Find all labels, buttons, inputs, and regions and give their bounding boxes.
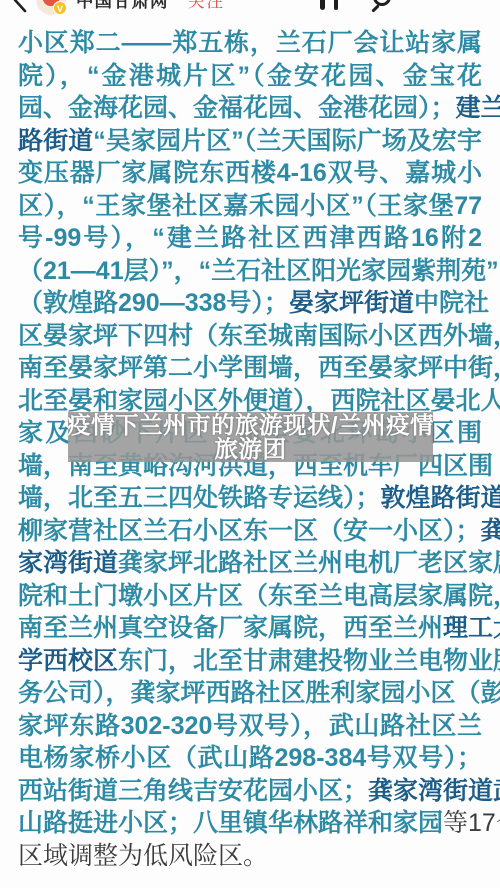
text-segment: 院和土门墩小区片区（东至兰电高层家属院， [18, 582, 500, 610]
text-segment: 区域调整为低风险区。 [18, 842, 268, 870]
follow-button[interactable]: 关注 [188, 0, 225, 18]
text-segment: 学西校区 [18, 647, 118, 675]
text-line: 小区郑二——郑五栋，兰石厂会让站家属 [18, 27, 482, 60]
verified-badge-icon: V [53, 1, 67, 15]
text-line: （敦煌路290—338号）；晏家坪街道中院社 [18, 287, 482, 320]
publisher-avatar[interactable]: V [36, 0, 66, 15]
text-line: 院），“金港城片区”（金安花园、金宝花 [18, 60, 482, 93]
app-header: V 中国甘肃网 关注 [0, 0, 500, 18]
text-line: （21—41层）”，“兰石社区阳光家园紫荆苑” [18, 255, 482, 288]
text-line: 区域调整为低风险区。 [18, 840, 482, 873]
text-line: 变压器厂家属院东西楼4-16双号、嘉城小 [18, 157, 482, 190]
text-segment: 家坪东路302-320号双号），武山路社区兰 [18, 712, 482, 740]
text-line: 家湾街道龚家坪北路社区兰州电机厂老区家属 [18, 547, 482, 580]
text-segment: 区晏家坪下四村（东至城南国际小区西外墙， [18, 322, 500, 350]
text-segment: 建兰 [456, 94, 500, 122]
text-segment: 北至晏和家园小区外便道），西院社区晏北人 [18, 387, 500, 415]
back-chevron-icon [12, 0, 28, 13]
text-line: 园、金海花园、金福花园、金港花园）；建兰 [18, 92, 482, 125]
text-segment: 龚家坪北路社区兰州电机厂老区家属 [118, 549, 500, 577]
text-segment: 龚 [481, 517, 500, 545]
text-segment: 变压器厂家属院东西楼4-16双号、嘉城小 [18, 159, 482, 187]
text-line: 西站街道三角线吉安花园小区；龚家湾街道武 [18, 775, 482, 808]
text-segment: 山路挺进小区；八里镇华林路祥和家园 [18, 809, 443, 837]
text-segment: “吴家园片区”（兰天国际广场及宏宇 [93, 127, 482, 155]
overlay-title-line1: 疫情下兰州市的旅游现状/兰州疫情 [67, 413, 434, 437]
listen-icon-bar [320, 0, 325, 10]
text-line: 南至晏家坪第二小学围墙，西至晏家坪中街， [18, 352, 482, 385]
text-segment: 龚家湾街道武 [368, 777, 500, 805]
text-segment: 西站街道三角线吉安花园小区； [18, 777, 368, 805]
text-line: 电杨家桥小区（武山路298-384号双号）； [18, 742, 482, 775]
text-segment: （21—41层）”，“兰石社区阳光家园紫荆苑” [18, 257, 499, 285]
text-line: 学西校区东门，北至甘肃建投物业兰电物业服 [18, 645, 482, 678]
text-line: 柳家营社区兰石小区东一区（安一小区）；龚 [18, 515, 482, 548]
text-line: 家坪东路302-320号双号），武山路社区兰 [18, 710, 482, 743]
text-line: 山路挺进小区；八里镇华林路祥和家园等17个 [18, 807, 482, 840]
text-segment: 晏家坪街道 [289, 289, 414, 317]
text-segment: 号-99号），“建兰路社区西津西路16附2 [18, 224, 482, 252]
text-line: 号-99号），“建兰路社区西津西路16附2 [18, 222, 482, 255]
text-segment: 园、金海花园、金福花园、金港花园）； [18, 94, 456, 122]
text-line: 院和土门墩小区片区（东至兰电高层家属院， [18, 580, 482, 613]
back-button[interactable] [6, 0, 34, 18]
text-segment: 家湾街道 [18, 549, 118, 577]
text-segment: 区），“王家堡社区嘉禾园小区”（王家堡77 [18, 192, 482, 220]
article-page: V 中国甘肃网 关注 小区郑二——郑五栋，兰石厂会让站家属院），“金港城片区”（… [0, 0, 500, 888]
text-segment: 南至晏家坪第二小学围墙，西至晏家坪中街， [18, 354, 500, 382]
text-segment: 等17个 [443, 809, 500, 837]
text-segment: 路街道 [18, 127, 93, 155]
text-segment: 墙，北至五三四处铁路专运线）； [18, 484, 381, 512]
text-line: 墙，北至五三四处铁路专运线）；敦煌路街道 [18, 482, 482, 515]
app-header-inner: V 中国甘肃网 关注 [0, 0, 500, 18]
text-segment: 敦煌路街道 [381, 484, 500, 512]
text-segment: 理工大 [443, 614, 500, 642]
search-icon-handle [371, 4, 379, 12]
publisher-name[interactable]: 中国甘肃网 [76, 0, 169, 18]
text-segment: 院），“金港城片区”（金安花园、金宝花 [18, 62, 482, 90]
text-segment: 小区郑二——郑五栋，兰石厂会让站家属 [18, 29, 482, 57]
text-segment: 中院社 [414, 289, 489, 317]
text-segment: 柳家营社区兰石小区东一区（安一小区）； [18, 517, 481, 545]
text-line: 路街道“吴家园片区”（兰天国际广场及宏宇 [18, 125, 482, 158]
text-segment: 务公司），龚家坪西路社区胜利家园小区（彭 [18, 679, 500, 707]
text-segment: 南至兰州真空设备厂家属院，西至兰州 [18, 614, 443, 642]
title-overlay: 疫情下兰州市的旅游现状/兰州疫情 旅游团 [68, 412, 433, 462]
text-segment: 东门，北至甘肃建投物业兰电物业服 [118, 647, 500, 675]
text-line: 区晏家坪下四村（东至城南国际小区西外墙， [18, 320, 482, 353]
text-line: 南至兰州真空设备厂家属院，西至兰州理工大 [18, 612, 482, 645]
listen-icon-bar [334, 0, 339, 10]
text-segment: （敦煌路290—338号）； [18, 289, 289, 317]
search-icon[interactable] [368, 0, 398, 16]
text-line: 务公司），龚家坪西路社区胜利家园小区（彭 [18, 677, 482, 710]
text-line: 区），“王家堡社区嘉禾园小区”（王家堡77 [18, 190, 482, 223]
text-segment: 电杨家桥小区（武山路298-384号双号）； [18, 744, 482, 772]
listen-icon[interactable] [316, 0, 342, 14]
overlay-title-line2: 旅游团 [215, 437, 287, 461]
